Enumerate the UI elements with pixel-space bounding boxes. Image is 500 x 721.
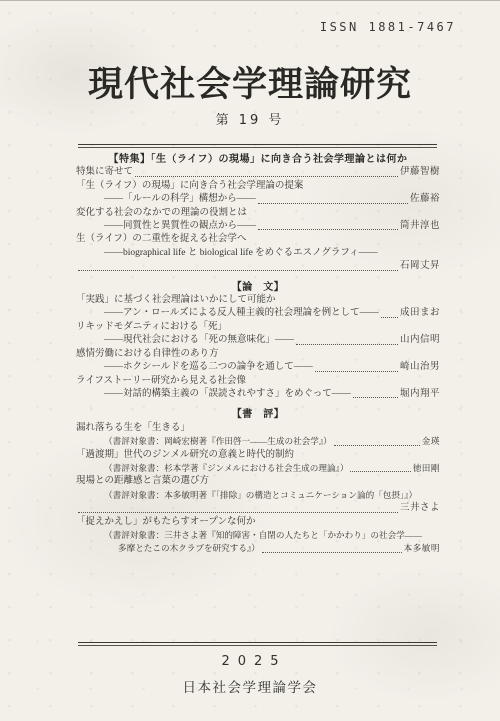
toc-entry-title: （書評対象書：杉本学著『ジンメルにおける社会生成の理論』） <box>104 462 348 475</box>
toc-entry-title: ——アン・ロールズによる反人種主義的社会理論を例として—— <box>104 307 379 320</box>
toc-entry-title: ——現代社会における「死の無意味化」—— <box>104 334 294 347</box>
toc-entry: （書評対象書：三井さよ著『知的障害・自閉の人たちと「かかわり」の社会学—— <box>76 529 440 542</box>
toc-entry-title: 「過渡期」世代のジンメル研究の意義と時代的制約 <box>76 449 294 462</box>
toc-entry-author: 堀内翔平 <box>400 388 440 401</box>
table-of-contents: 【特集】「生（ライフ）の現場」に向き合う社会学理論とは何か特集に寄せて伊藤智樹「… <box>76 153 440 556</box>
issue-number: 第 19 号 <box>0 109 500 128</box>
toc-entry-title: 「捉えかえし」がもたらすオープンな何か <box>76 516 256 529</box>
toc-entry: 石岡丈昇 <box>76 260 440 273</box>
toc-entry-title: ——対話的構築主義の「誤読されやすさ」をめぐって—— <box>104 388 351 401</box>
toc-entry-author: 山内信明 <box>400 334 440 347</box>
toc-entry: ——現代社会における「死の無意味化」——山内信明 <box>76 334 440 347</box>
dotted-leader <box>78 512 398 513</box>
toc-entry: 三井さよ <box>76 502 440 515</box>
dotted-leader <box>350 471 410 472</box>
toc-entry: 生（ライフ）の二重性を捉える社会学へ <box>76 233 440 246</box>
toc-section-heading: 【書 評】 <box>76 408 440 421</box>
toc-entry-title: （書評対象書：三井さよ著『知的障害・自閉の人たちと「かかわり」の社会学—— <box>104 529 422 542</box>
toc-entry-author: 徳田剛 <box>413 462 440 475</box>
dotted-leader <box>135 176 398 177</box>
toc-entry: ——対話的構築主義の「誤読されやすさ」をめぐって——堀内翔平 <box>76 388 440 401</box>
toc-entry-title: 特集に寄せて <box>76 166 133 179</box>
toc-entry: 漏れ落ちる生を「生きる」 <box>76 422 440 435</box>
toc-entry: 感情労働における自律性のあり方 <box>76 348 440 361</box>
toc-entry-title: （書評対象書：本多敏明著『「排除」の構造とコミュニケーション論的「包摂」』） <box>104 489 417 502</box>
toc-entry: リキッドモダニティにおける「死」 <box>76 321 440 334</box>
bottom-divider-rule <box>78 642 437 646</box>
toc-entry-author: 崎山治男 <box>400 361 440 374</box>
toc-entry: （書評対象書：本多敏明著『「排除」の構造とコミュニケーション論的「包摂」』） <box>76 489 440 502</box>
toc-entry: 多摩とたこの木クラブを研究する』）本多敏明 <box>76 542 440 555</box>
toc-entry-title: 感情労働における自律性のあり方 <box>76 348 219 361</box>
toc-entry-author: 佐藤裕 <box>410 193 440 206</box>
toc-entry-title: リキッドモダニティにおける「死」 <box>76 321 227 334</box>
toc-section-heading: 【特集】「生（ライフ）の現場」に向き合う社会学理論とは何か <box>76 153 440 166</box>
toc-entry-author: 三井さよ <box>400 502 440 515</box>
toc-entry-title: 現場との距離感と言葉の選び方 <box>76 475 209 488</box>
toc-entry-author: 本多敏明 <box>404 542 440 555</box>
toc-entry-title: 漏れ落ちる生を「生きる」 <box>76 422 190 435</box>
toc-entry: ——ホクシールドを巡る二つの論争を通して——崎山治男 <box>76 361 440 374</box>
dotted-leader <box>78 270 398 271</box>
toc-entry-title: 変化する社会のなかでの理論の役割とは <box>76 207 247 220</box>
toc-entry-title: 「実践」に基づく社会理論はいかにして可能か <box>76 294 276 307</box>
toc-entry-author: 金瑛 <box>422 435 440 448</box>
toc-entry: 変化する社会のなかでの理論の役割とは <box>76 207 440 220</box>
toc-entry-title: 「生（ライフ）の現場」に向き合う社会学理論の提案 <box>76 180 303 193</box>
issn-label: ISSN 1881-7467 <box>320 20 456 34</box>
toc-entry-title: ライフストーリー研究から見える社会像 <box>76 375 246 388</box>
dotted-leader <box>296 344 398 345</box>
top-divider-rule <box>78 144 437 148</box>
journal-title: 現代社会学理論研究 <box>0 57 500 107</box>
toc-entry-title: ——ホクシールドを巡る二つの論争を通して—— <box>104 361 313 374</box>
toc-entry-author: 筒井淳也 <box>400 220 440 233</box>
dotted-leader <box>262 552 402 553</box>
toc-entry-author: 伊藤智樹 <box>400 166 440 179</box>
dotted-leader <box>315 371 398 372</box>
dotted-leader <box>353 397 398 398</box>
toc-entry: 現場との距離感と言葉の選び方 <box>76 475 440 488</box>
toc-entry-title: ——「ルールの科学」構想から—— <box>104 193 256 206</box>
toc-entry: ——biographical life と biological life をめ… <box>76 247 440 260</box>
publication-year: 2025 <box>0 654 500 669</box>
toc-entry-title: 多摩とたこの木クラブを研究する』） <box>118 542 260 555</box>
dotted-leader <box>258 203 408 204</box>
toc-entry: ——同質性と異質性の観点から——筒井淳也 <box>76 220 440 233</box>
dotted-leader <box>334 445 420 446</box>
toc-section-heading: 【論 文】 <box>76 281 440 294</box>
toc-entry-title: ——同質性と異質性の観点から—— <box>104 220 256 233</box>
toc-entry: 「実践」に基づく社会理論はいかにして可能か <box>76 294 440 307</box>
toc-entry: ——「ルールの科学」構想から——佐藤裕 <box>76 193 440 206</box>
toc-entry: ライフストーリー研究から見える社会像 <box>76 375 440 388</box>
toc-entry: （書評対象書：杉本学著『ジンメルにおける社会生成の理論』）徳田剛 <box>76 462 440 475</box>
toc-entry: 「生（ライフ）の現場」に向き合う社会学理論の提案 <box>76 180 440 193</box>
toc-entry: 特集に寄せて伊藤智樹 <box>76 166 440 179</box>
dotted-leader <box>258 229 398 230</box>
toc-entry-author: 石岡丈昇 <box>400 260 440 273</box>
toc-entry-title: 生（ライフ）の二重性を捉える社会学へ <box>76 233 246 246</box>
toc-entry: （書評対象書：岡崎宏樹著『作田啓一——生成の社会学』）金瑛 <box>76 435 440 448</box>
toc-entry-title: （書評対象書：岡崎宏樹著『作田啓一——生成の社会学』） <box>104 435 332 448</box>
dotted-leader <box>381 317 398 318</box>
toc-entry-title: ——biographical life と biological life をめ… <box>104 247 378 260</box>
toc-entry: ——アン・ロールズによる反人種主義的社会理論を例として——成田まお <box>76 307 440 320</box>
journal-cover-page: ISSN 1881-7467 現代社会学理論研究 第 19 号 【特集】「生（ラ… <box>0 0 500 721</box>
toc-entry-author: 成田まお <box>400 307 440 320</box>
publisher-name: 日本社会学理論学会 <box>0 676 500 696</box>
toc-entry: 「過渡期」世代のジンメル研究の意義と時代的制約 <box>76 449 440 462</box>
toc-entry: 「捉えかえし」がもたらすオープンな何か <box>76 516 440 529</box>
